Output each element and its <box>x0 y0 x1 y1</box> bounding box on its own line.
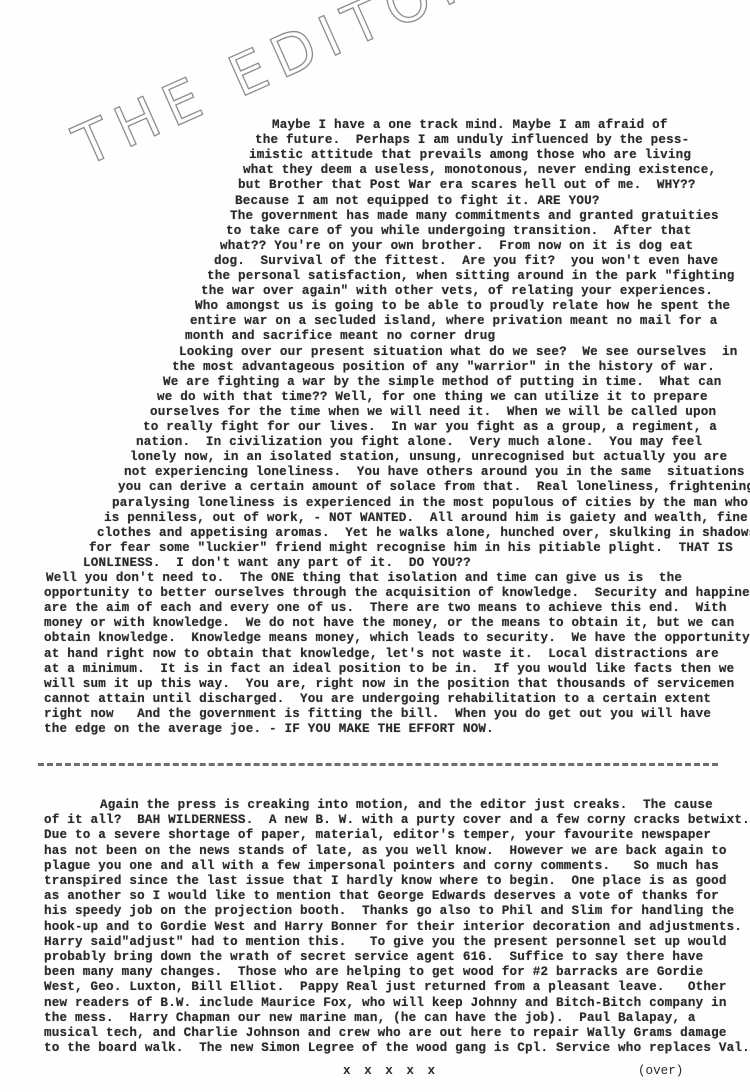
editorial-line: Looking over our present situation what … <box>179 345 738 360</box>
editorial-line: what?? You're on your own brother. From … <box>220 239 693 254</box>
news-line: as another so I would like to mention th… <box>44 889 719 904</box>
editorial-line: what they deem a useless, monotonous, ne… <box>243 163 716 178</box>
editorial-line: month and sacrifice meant no corner drug <box>185 329 495 344</box>
news-line: musical tech, and Charlie Johnson and cr… <box>44 1026 727 1041</box>
editorial-line: paralysing loneliness is experienced in … <box>112 496 748 511</box>
editorial-line: The government has made many commitments… <box>230 209 719 224</box>
editorial-line: at a minimum. It is in fact an ideal pos… <box>44 662 734 677</box>
document-page: THE EDITOR Maybe I have a one track mind… <box>0 0 750 1092</box>
news-line: of it all? BAH WILDERNESS. A new B. W. w… <box>44 813 750 828</box>
editorial-line: money or with knowledge. We do not have … <box>44 616 734 631</box>
footer-over-label: (over) <box>638 1064 683 1078</box>
editorial-line: clothes and appetising aromas. Yet he wa… <box>97 526 750 541</box>
editorial-line: cannot attain until discharged. You are … <box>44 692 711 707</box>
editorial-line: Who amongst us is going to be able to pr… <box>195 299 730 314</box>
news-line: Harry said"adjust" had to mention this. … <box>44 935 727 950</box>
editorial-line: the most advantageous position of any "w… <box>172 360 715 375</box>
editorial-line: the personal satisfaction, when sitting … <box>207 269 735 284</box>
editorial-line: We are fighting a war by the simple meth… <box>163 375 722 390</box>
editorial-line: the future. Perhaps I am unduly influenc… <box>255 133 689 148</box>
news-line: hook-up and to Gordie West and Harry Bon… <box>44 920 742 935</box>
editorial-line: the edge on the average joe. - IF YOU MA… <box>44 722 494 737</box>
news-line: West, Geo. Luxton, Bill Elliot. Pappy Re… <box>44 980 727 995</box>
editorial-line: entire war on a secluded island, where p… <box>190 314 718 329</box>
news-line: been many many changes. Those who are he… <box>44 965 703 980</box>
footer-marks: x x x x x <box>343 1064 438 1078</box>
editorial-line: Maybe I have a one track mind. Maybe I a… <box>272 118 668 133</box>
news-line: to the board walk. The new Simon Legree … <box>44 1041 750 1056</box>
editorial-line: imistic attitude that prevails among tho… <box>249 148 691 163</box>
editorial-line: right now And the government is fitting … <box>44 707 711 722</box>
news-line: has not been on the news stands of late,… <box>44 844 727 859</box>
editorial-line: at hand right now to obtain that knowled… <box>44 647 719 662</box>
editorial-line: obtain knowledge. Knowledge means money,… <box>44 631 750 646</box>
editorial-line: to really fight for our lives. In war yo… <box>143 420 717 435</box>
editorial-line: we do with that time?? Well, for one thi… <box>157 390 708 405</box>
editorial-line: is penniless, out of work, - NOT WANTED.… <box>104 511 748 526</box>
news-line: Again the press is creaking into motion,… <box>100 798 713 813</box>
news-line: his speedy job on the projection booth. … <box>44 904 734 919</box>
dashed-separator <box>38 763 718 768</box>
news-line: plague you one and all with a few impers… <box>44 859 719 874</box>
news-line: Due to a severe shortage of paper, mater… <box>44 828 711 843</box>
editorial-line: you can derive a certain amount of solac… <box>118 480 750 495</box>
editorial-line: for fear some "luckier" friend might rec… <box>89 541 733 556</box>
editorial-line: nation. In civilization you fight alone.… <box>136 435 702 450</box>
editorial-line: Because I am not equipped to fight it. A… <box>235 194 600 209</box>
editorial-line: dog. Survival of the fittest. Are you fi… <box>214 254 718 269</box>
news-line: probably bring down the wrath of secret … <box>44 950 703 965</box>
editorial-line: Well you don't need to. The ONE thing th… <box>46 571 682 586</box>
editorial-line: will sum it up this way. You are, right … <box>44 677 734 692</box>
editorial-line: LONLINESS. I don't want any part of it. … <box>83 556 471 571</box>
editorial-line: are the aim of each and every one of us.… <box>44 601 727 616</box>
news-line: new readers of B.W. include Maurice Fox,… <box>44 996 727 1011</box>
editorial-line: but Brother that Post War era scares hel… <box>238 178 696 193</box>
editorial-line: ourselves for the time when we will need… <box>150 405 716 420</box>
editorial-line: opportunity to better ourselves through … <box>44 586 750 601</box>
editorial-line: the war over again" with other vets, of … <box>201 284 713 299</box>
news-line: the mess. Harry Chapman our new marine m… <box>44 1011 696 1026</box>
editorial-line: not experiencing loneliness. You have ot… <box>124 465 745 480</box>
editorial-line: lonely now, in an isolated station, unsu… <box>130 450 727 465</box>
editorial-line: to take care of you while undergoing tra… <box>226 224 691 239</box>
news-line: transpired since the last issue that I h… <box>44 874 727 889</box>
